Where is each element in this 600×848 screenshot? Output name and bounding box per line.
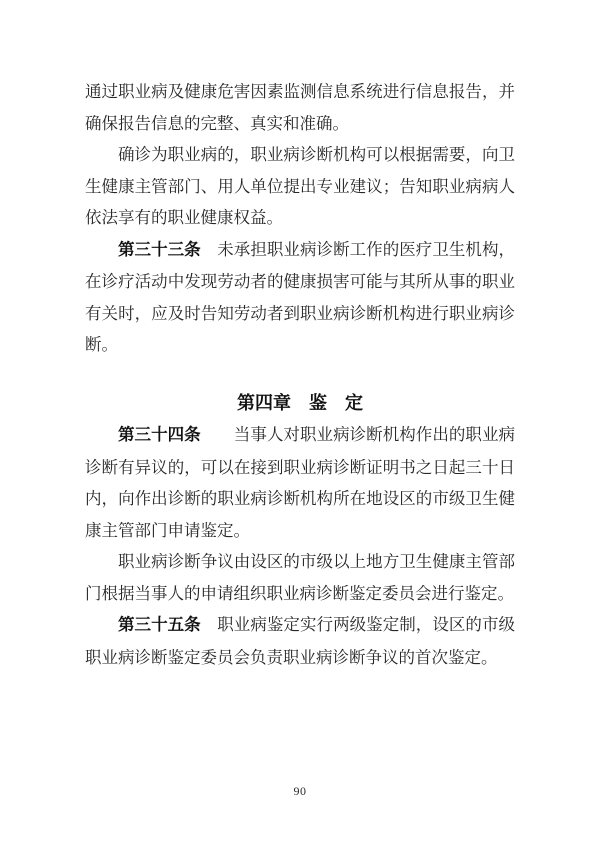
article-34-term: 第三十四条 [118,426,201,444]
paragraph-article-33: 第三十三条 未承担职业病诊断工作的医疗卫生机构，在诊疗活动中发现劳动者的健康损害… [85,234,515,361]
page-footer: 90 [0,782,600,800]
article-33-term: 第三十三条 [118,241,201,259]
document-page: 通过职业病及健康危害因素监测信息系统进行信息报告，并确保报告信息的完整、真实和准… [0,0,600,848]
paragraph-text: 职业病诊断争议由设区的市级以上地方卫生健康主管部门根据当事人的申请组织职业病诊断… [85,552,515,603]
paragraph-article-35: 第三十五条 职业病鉴定实行两级鉴定制，设区的市级职业病诊断鉴定委员会负责职业病诊… [85,609,515,673]
document-body: 通过职业病及健康危害因素监测信息系统进行信息报告，并确保报告信息的完整、真实和准… [85,76,515,673]
paragraph-diagnosis-advice: 确诊为职业病的，职业病诊断机构可以根据需要，向卫生健康主管部门、用人单位提出专业… [85,139,515,234]
page-number: 90 [294,784,307,798]
paragraph-article-34: 第三十四条 当事人对职业病诊断机构作出的职业病诊断有异议的，可以在接到职业病诊断… [85,419,515,546]
paragraph-report-continuation: 通过职业病及健康危害因素监测信息系统进行信息报告，并确保报告信息的完整、真实和准… [85,76,515,139]
paragraph-text: 通过职业病及健康危害因素监测信息系统进行信息报告，并确保报告信息的完整、真实和准… [85,82,515,133]
chapter-heading: 第四章 鉴 定 [85,388,515,420]
paragraph-text: 确诊为职业病的，职业病诊断机构可以根据需要，向卫生健康主管部门、用人单位提出专业… [85,145,515,227]
paragraph-appraisal-dispute: 职业病诊断争议由设区的市级以上地方卫生健康主管部门根据当事人的申请组织职业病诊断… [85,546,515,609]
article-35-term: 第三十五条 [118,616,201,634]
